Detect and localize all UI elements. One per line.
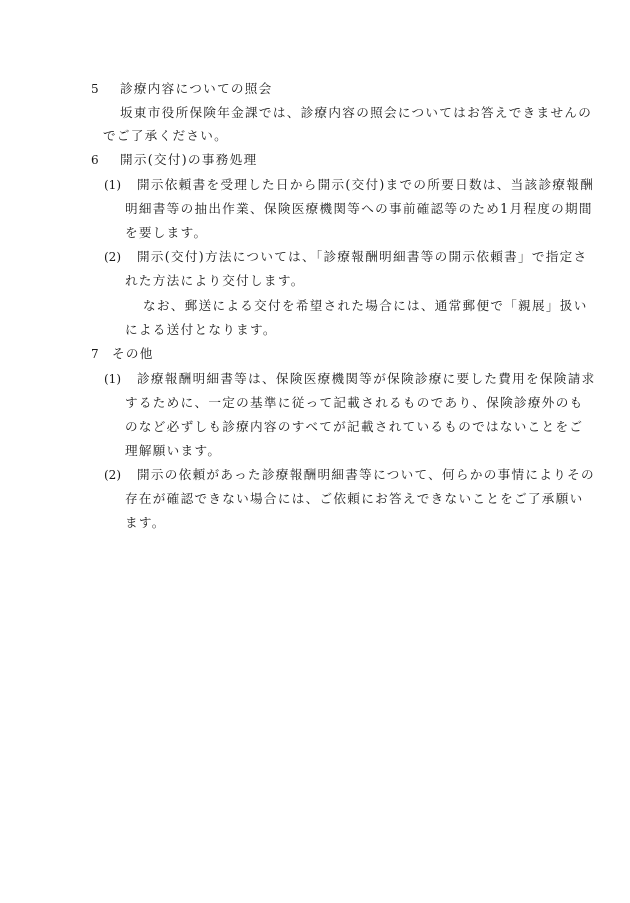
item-number: (2) [104,249,121,265]
paragraph-line: のなど必ずしも診療内容のすべてが記載されているものではないことをご [125,419,583,435]
section-number: 7 [91,346,99,362]
paragraph-line: 理解願います。 [125,443,221,459]
item-number: (1) [104,371,121,387]
paragraph-line: 診療報酬明細書等は、保険医療機関等が保険診療に要した費用を保険請求 [137,371,596,387]
item-number: (2) [104,467,121,483]
item-number: (1) [104,177,121,193]
paragraph-line: 開示依頼書を受理した日から開示(交付)までの所要日数は、当該診療報酬 [137,177,594,193]
paragraph-line: による送付となります。 [125,322,277,338]
section-number: 5 [91,81,99,97]
document-page: 5 診療内容についての照会 坂東市役所保険年金課では、診療内容の照会についてはお… [0,0,630,903]
section-heading: 診療内容についての照会 [120,81,273,97]
paragraph-line: 開示(交付)方法については、「診療報酬明細書等の開示依頼書」で指定さ [137,249,587,265]
paragraph-line: でご了承ください。 [103,128,228,144]
paragraph-line: を要します。 [125,225,207,241]
paragraph-line: なお、郵送による交付を希望された場合には、通常郵便で「親展」扱い [143,298,588,314]
section-heading: 開示(交付)の事務処理 [120,152,257,168]
paragraph-line: ます。 [125,515,166,531]
paragraph-line: 明細書等の抽出作業、保険医療機関等への事前確認等のため1月程度の期間 [125,201,593,217]
paragraph-line: するために、一定の基準に従って記載されるものであり、保険診療外のも [125,395,584,411]
section-number: 6 [91,152,99,168]
paragraph-line: れた方法により交付します。 [125,273,305,289]
paragraph-line: 坂東市役所保険年金課では、診療内容の照会についてはお答えできませんの [120,105,592,121]
paragraph-line: 存在が確認できない場合には、ご依頼にお答えできないことをご了承願い [125,491,584,507]
paragraph-line: 開示の依頼があった診療報酬明細書等について、何らかの事情によりその [137,467,595,483]
section-heading: その他 [112,346,154,362]
